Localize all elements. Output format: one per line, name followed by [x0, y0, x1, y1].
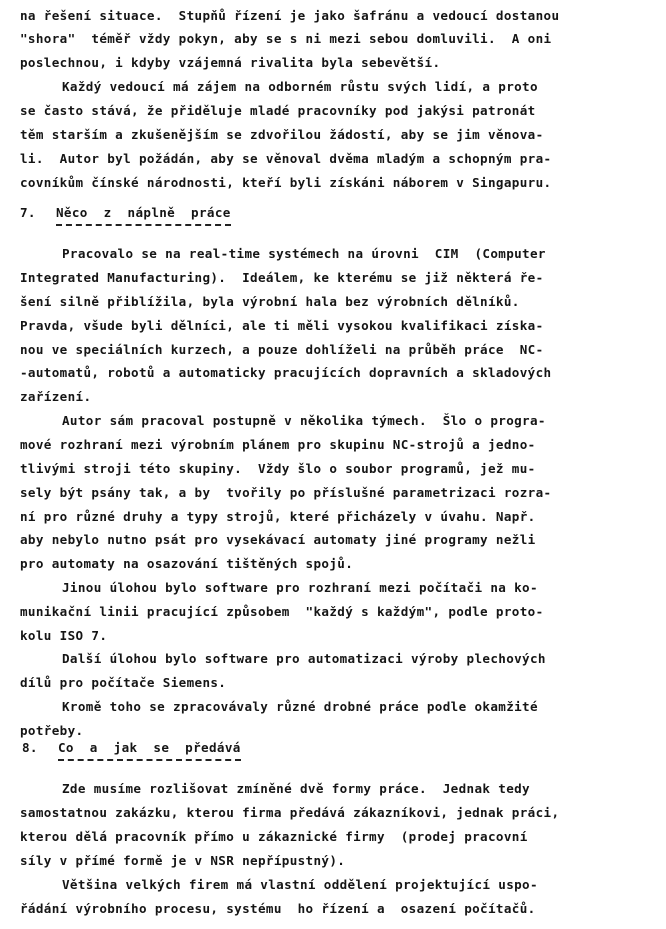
section-title: Něco z náplně práce: [56, 205, 231, 226]
text-line: -automatů, robotů a automaticky pracujíc…: [20, 365, 551, 381]
text-line: poslechnou, i kdyby vzájemná rivalita by…: [20, 55, 440, 71]
text-line: kolu ISO 7.: [20, 628, 107, 644]
text-line: na řešení situace. Stupňů řízení je jako…: [20, 8, 559, 24]
text-line: Pracovalo se na real-time systémech na ú…: [62, 246, 546, 262]
text-line: šení silně přiblížila, byla výrobní hala…: [20, 294, 520, 310]
text-line: potřeby.: [20, 723, 83, 739]
section-heading: 8.Co a jak se předává: [22, 740, 241, 761]
text-line: Zde musíme rozlišovat zmíněné dvě formy …: [62, 781, 530, 797]
text-line: těm starším a zkušenějším se zdvořilou ž…: [20, 127, 544, 143]
text-line: sely být psány tak, a by tvořily po přís…: [20, 485, 551, 501]
text-line: Autor sám pracoval postupně v několika t…: [62, 413, 546, 429]
text-line: Jinou úlohou bylo software pro rozhraní …: [62, 580, 538, 596]
text-line: samostatnou zakázku, kterou firma předáv…: [20, 805, 559, 821]
text-line: řádání výrobního procesu, systému ho říz…: [20, 901, 536, 917]
section-heading: 7.Něco z náplně práce: [20, 205, 231, 226]
section-title: Co a jak se předává: [58, 740, 241, 761]
text-line: kterou dělá pracovník přímo u zákaznické…: [20, 829, 528, 845]
text-line: Většina velkých firem má vlastní oddělen…: [62, 877, 538, 893]
text-line: zařízení.: [20, 389, 91, 405]
text-line: Kromě toho se zpracovávaly různé drobné …: [62, 699, 538, 715]
text-line: covníkům čínské národnosti, kteří byli z…: [20, 175, 551, 191]
text-line: se často stává, že přiděluje mladé praco…: [20, 103, 536, 119]
text-line: pro automaty na osazování tištěných spoj…: [20, 556, 353, 572]
text-line: aby nebylo nutno psát pro vysekávací aut…: [20, 532, 536, 548]
text-line: dílů pro počítače Siemens.: [20, 675, 226, 691]
text-line: síly v přímé formě je v NSR nepřípustný)…: [20, 853, 345, 869]
section-number: 7.: [20, 205, 56, 221]
text-line: "shora" téměř vždy pokyn, aby se s ni me…: [20, 31, 551, 47]
text-line: li. Autor byl požádán, aby se věnoval dv…: [20, 151, 551, 167]
text-line: Každý vedoucí má zájem na odborném růstu…: [62, 79, 538, 95]
text-line: Integrated Manufacturing). Ideálem, ke k…: [20, 270, 544, 286]
typewritten-page: na řešení situace. Stupňů řízení je jako…: [0, 0, 666, 929]
section-number: 8.: [22, 740, 58, 756]
text-line: munikační linii pracující způsobem "každ…: [20, 604, 544, 620]
text-line: tlivými stroji této skupiny. Vždy šlo o …: [20, 461, 536, 477]
text-line: ní pro různé druhy a typy strojů, které …: [20, 509, 536, 525]
text-line: Další úlohou bylo software pro automatiz…: [62, 651, 546, 667]
text-line: Pravda, všude byli dělníci, ale ti měli …: [20, 318, 544, 334]
text-line: nou ve speciálních kurzech, a pouze dohl…: [20, 342, 544, 358]
text-line: mové rozhraní mezi výrobním plánem pro s…: [20, 437, 536, 453]
